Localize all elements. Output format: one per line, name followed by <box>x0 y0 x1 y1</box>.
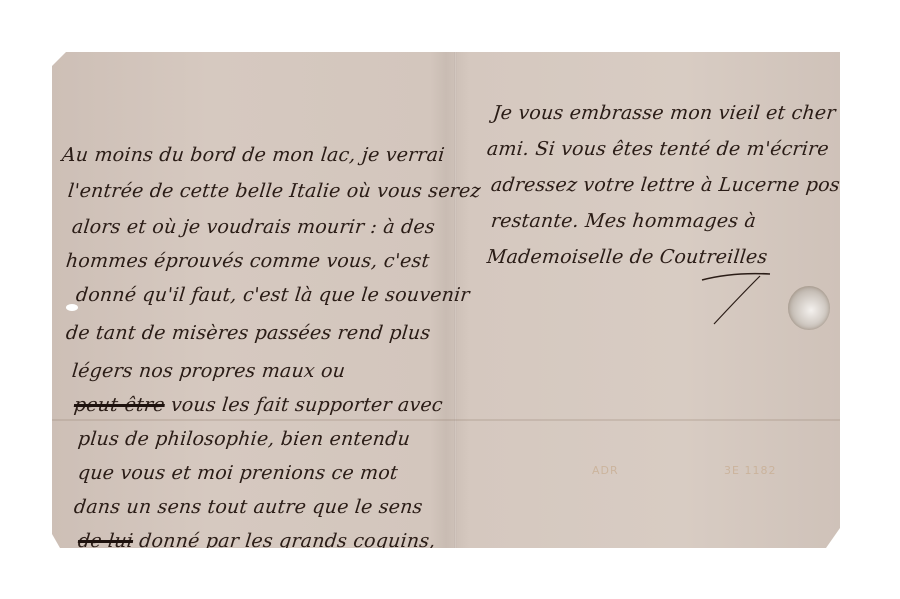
handwritten-line: plus de philosophie, bien entendu <box>77 428 411 450</box>
handwritten-line: Au moins du bord de mon lac, je verrai <box>61 144 446 166</box>
faint-stamp-right: 3E 1182 <box>724 464 776 477</box>
handwritten-line: peut-être vous les fait supporter avec <box>73 394 444 416</box>
letter-sheet: Au moins du bord de mon lac, je verrai l… <box>52 52 840 548</box>
handwritten-line: de tant de misères passées rend plus <box>65 322 432 344</box>
handwritten-line: l'entrée de cette belle Italie où vous s… <box>67 180 482 202</box>
handwritten-line: restante. Mes hommages à <box>490 210 757 232</box>
handwritten-line: que vous et moi prenions ce mot <box>77 462 399 484</box>
signature-flourish <box>692 266 772 326</box>
handwritten-line: donné qu'il faut, c'est là que le souven… <box>75 284 471 306</box>
handwritten-line: dans un sens tout autre que le sens <box>73 496 424 518</box>
struck-word: de lui <box>77 530 134 552</box>
handwritten-line: ami. Si vous êtes tenté de m'écrire <box>486 138 830 160</box>
handwritten-line: adressez votre lettre à Lucerne poste <box>490 174 860 196</box>
line-text: vous les fait supporter avec <box>164 394 444 416</box>
handwritten-line: de lui donné par les grands coquins, <box>77 530 437 552</box>
faint-stamp-left: ADR <box>592 464 619 477</box>
struck-word: peut-être <box>73 394 166 416</box>
handwritten-line: légers nos propres maux ou <box>71 360 347 382</box>
handwritten-line: alors et où je voudrais mourir : à des <box>71 216 436 238</box>
left-page: Au moins du bord de mon lac, je verrai l… <box>52 52 454 548</box>
handwritten-line: Mademoiselle de Coutreilles <box>486 246 769 268</box>
handwritten-line: Je vous embrasse mon vieil et cher <box>492 102 837 124</box>
handwritten-line: dits philosophes. <box>77 566 245 588</box>
right-page: Je vous embrasse mon vieil et cher ami. … <box>457 52 840 548</box>
wax-seal-mark <box>788 286 830 330</box>
handwritten-line: hommes éprouvés comme vous, c'est <box>65 250 431 272</box>
line-text: donné par les grands coquins, <box>132 530 437 552</box>
